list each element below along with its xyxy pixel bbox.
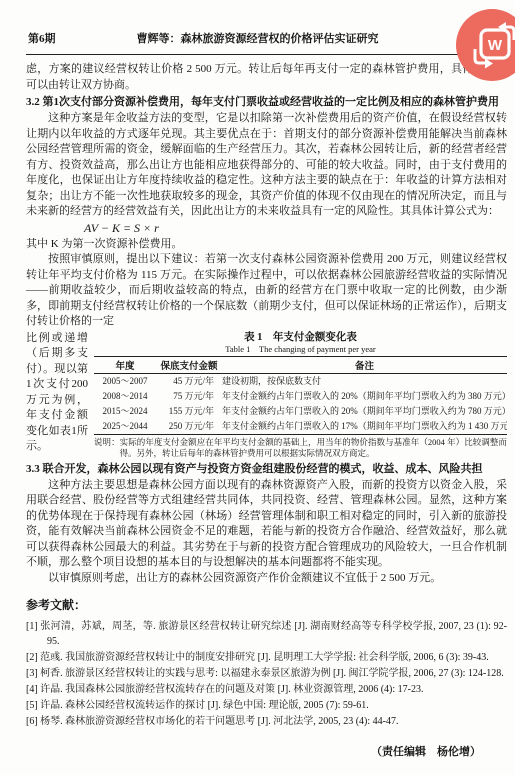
reference-item: [4] 许晶. 我国森林公园旅游经营权流转存在的问题及对策 [J]. 林业资源管… <box>26 682 507 697</box>
cell-year: 2005～2007 <box>94 373 156 389</box>
table-row: 2005～2007 45 万元/年 建设初期，按保底数支付 <box>94 373 507 389</box>
formula-line: AV − K = S × r <box>26 220 507 237</box>
header-rule <box>26 54 508 55</box>
cell-amount: 155 万元/年 <box>156 404 222 419</box>
formula-text: AV − K = S × r <box>84 221 159 235</box>
reference-item: [2] 范彧. 我国旅游资源经营权转让中的制度安排研究 [J]. 昆明理工大学学… <box>26 650 507 665</box>
reference-item: [1] 张河清，苏斌，周茎，等. 旅游景区经营权转让研究综述 [J]. 湖南财经… <box>26 619 507 649</box>
cell-remark: 年支付金额约占年门票收入的 20%（期间年平均门票收入约为 380 万元） <box>222 389 507 404</box>
section-3-2-paragraph-2: 按照审慎原则，提出以下建议：若第一次支付森林公园资源补偿费用 200 万元，则建… <box>26 252 507 330</box>
table-1-note: 说明：实际的年度支付金额应在年平均支付金额的基础上，用当年的物价指数与基准年（2… <box>94 437 507 459</box>
table-row: 2008～2014 75 万元/年 年支付金额约占年门票收入的 20%（期间年平… <box>94 389 507 404</box>
cell-remark: 年支付金额约占年门票收入的 20%（期间年平均门票收入约为 780 万元） <box>222 404 507 419</box>
cell-year: 2015～2024 <box>94 404 156 419</box>
col-header-remark: 备注 <box>222 356 507 373</box>
editor-credit: （责任编辑 杨伦增） <box>26 743 507 759</box>
table-1-title-en: Table 1 The changing of payment per year <box>94 344 507 355</box>
section-3-3-paragraph-2: 以审慎原则考虑，出让方的森林公园资源资产作价金额建议不宜低于 2 500 万元。 <box>26 571 507 587</box>
cell-remark: 建设初期，按保底数支付 <box>222 373 507 389</box>
table-1: 年度 保底支付金额 备注 2005～2007 45 万元/年 建设初期，按保底数… <box>94 356 507 435</box>
doc-convert-watermark-icon[interactable]: W <box>454 7 515 83</box>
section-3-2-heading: 3.2 第1次支付部分资源补偿费用，每年支付门票收益或经营收益的一定比例及相应的… <box>26 94 507 110</box>
formula-note: 其中 K 为第一次资源补偿费用。 <box>26 237 507 253</box>
article-body: 虑，方案的建议经营权转让价格 2 500 万元。转让后每年再支付一定的森林管护费… <box>0 62 515 759</box>
table-wrap-region: 比例或递增（后期多支付）。现以第1次支付200万元为例，年支付金额变化如表1所示… <box>26 331 507 459</box>
table-1-block: 表 1 年支付金额变化表 Table 1 The changing of pay… <box>94 331 507 459</box>
section-3-2-paragraph-1: 这种方案是年金收益方法的变型，它是以扣除第一次补偿费用后的资产价值，在假设经营权… <box>26 111 507 220</box>
cell-remark: 年支付金额约占年门票收入的 17%（期间年平均门票收入约为 1 430 万元） <box>222 419 507 435</box>
wrapped-text-column: 比例或递增（后期多支付）。现以第1次支付200万元为例，年支付金额变化如表1所示… <box>26 331 88 455</box>
page-header: 第6期 曹辉等：森林旅游资源经营权的价格评估实证研究 <box>0 0 515 50</box>
table-row: 2015～2024 155 万元/年 年支付金额约占年门票收入的 20%（期间年… <box>94 404 507 419</box>
col-header-year: 年度 <box>94 356 156 373</box>
cell-year: 2008～2014 <box>94 389 156 404</box>
journal-paper-page: 第6期 曹辉等：森林旅游资源经营权的价格评估实证研究 W 虑，方案的建议经营权转… <box>0 0 515 775</box>
cell-amount: 250 万元/年 <box>156 419 222 435</box>
cell-amount: 75 万元/年 <box>156 389 222 404</box>
col-header-amount: 保底支付金额 <box>156 356 222 373</box>
references-heading: 参考文献： <box>26 596 507 613</box>
watermark-svg: W <box>454 7 515 83</box>
reference-item: [5] 许晶. 森林公园经营权流转运作的探讨 [J]. 绿色中国: 理论版, 2… <box>26 698 507 713</box>
section-3-3-heading: 3.3 联合开发，森林公园以现有资产与投资方资金组建股份经营的模式，收益、成本、… <box>26 461 507 477</box>
svg-text:W: W <box>488 37 503 54</box>
table-1-title-cn: 表 1 年支付金额变化表 <box>94 331 507 344</box>
cell-amount: 45 万元/年 <box>156 373 222 389</box>
table-header-row: 年度 保底支付金额 备注 <box>94 356 507 373</box>
reference-item: [3] 柯香. 旅游景区经营权转让的实践与思考: 以福建永泰景区旅游为例 [J]… <box>26 666 507 681</box>
cell-year: 2025～2044 <box>94 419 156 435</box>
table-row: 2025～2044 250 万元/年 年支付金额约占年门票收入的 17%（期间年… <box>94 419 507 435</box>
running-title: 曹辉等：森林旅游资源经营权的价格评估实证研究 <box>137 30 379 46</box>
section-3-3-paragraph-1: 这种方法主要思想是森林公园方面以现有的森林资源资产入股，而新的投资方以资金入股，… <box>26 478 507 571</box>
paragraph-continuation: 虑，方案的建议经营权转让价格 2 500 万元。转让后每年再支付一定的森林管护费… <box>26 62 507 93</box>
issue-number: 第6期 <box>28 30 56 46</box>
reference-item: [6] 杨琴. 森林旅游资源经营权市场化的若干问题思考 [J]. 河北法学, 2… <box>26 714 507 729</box>
